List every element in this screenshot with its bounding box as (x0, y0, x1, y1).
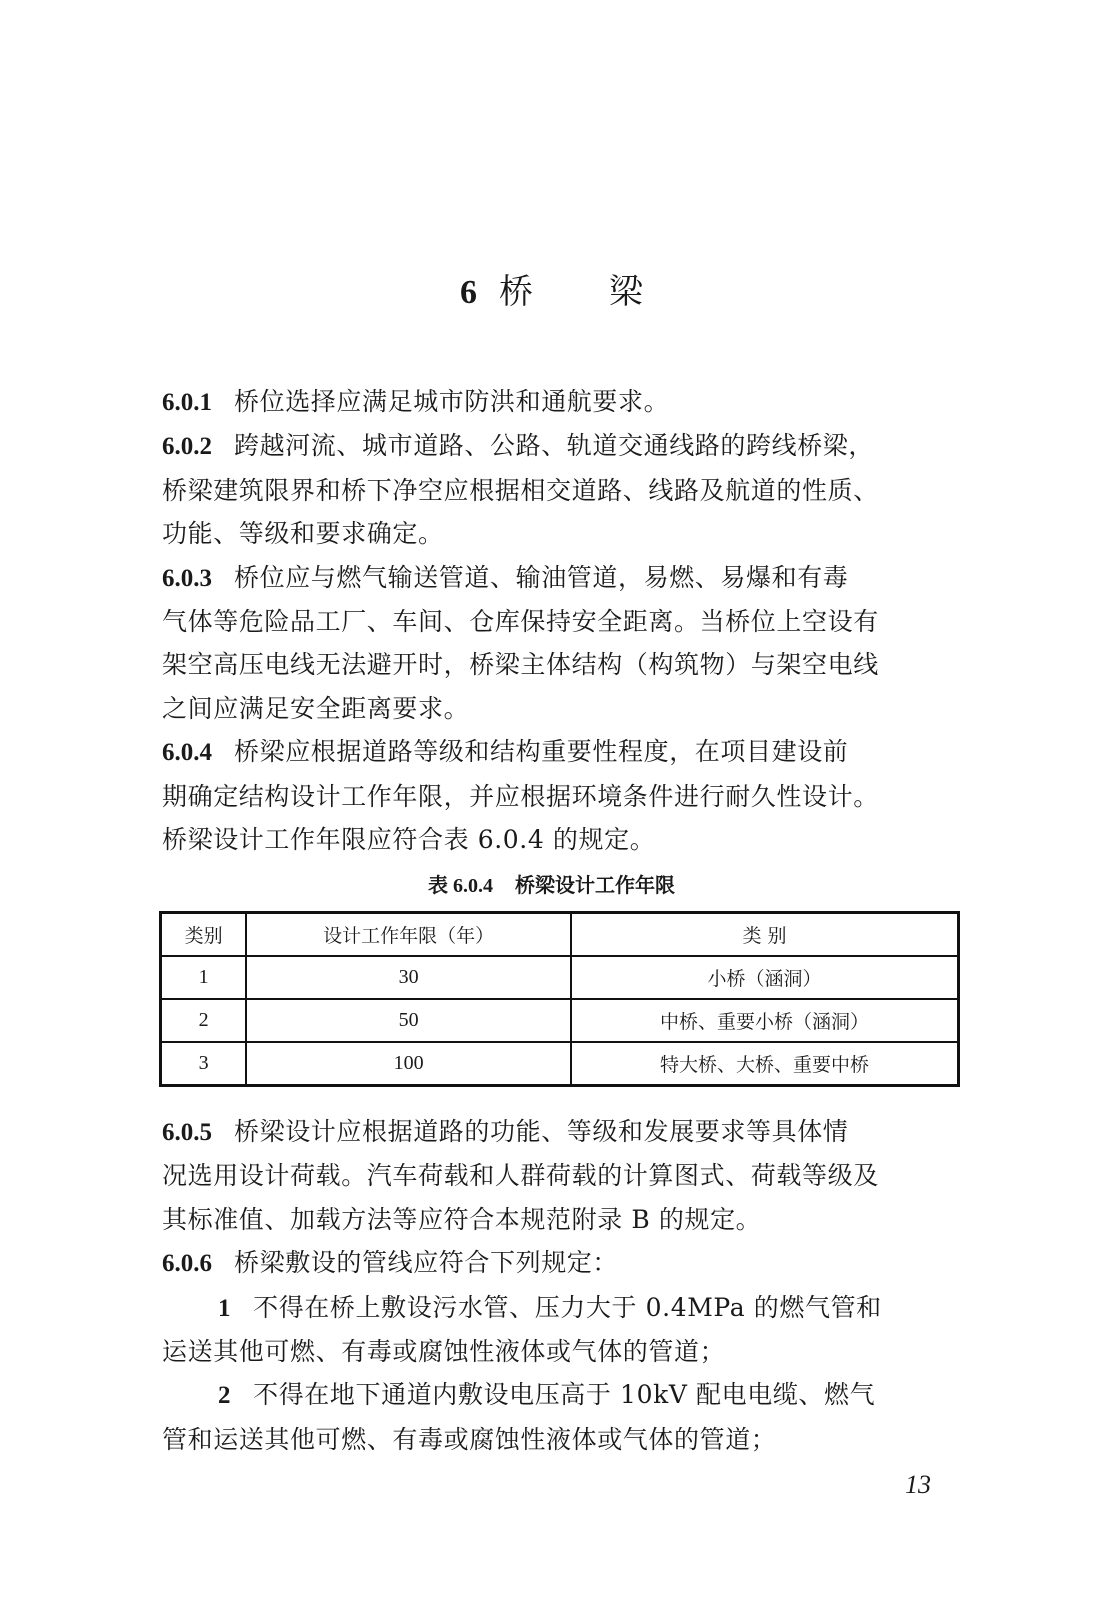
table-header-cell: 类 别 (571, 913, 958, 957)
table-caption: 表 6.0.4桥梁设计工作年限 (0, 870, 1103, 901)
clause-text: 桥梁应根据道路等级和结构重要性程度，在项目建设前 (234, 737, 848, 766)
clause-text: 气体等危险品工厂、车间、仓库保持安全距离。当桥位上空设有 (162, 607, 879, 636)
clauses-block-lower: 6.0.5桥梁设计应根据道路的功能、等级和发展要求等具体情 况选用设计荷载。汽车… (162, 1110, 962, 1461)
table-cell-design-life: 100 (246, 1042, 571, 1086)
clause-number: 6.0.6 (162, 1250, 212, 1277)
clause-text: 况选用设计荷载。汽车荷载和人群荷载的计算图式、荷载等级及 (162, 1161, 879, 1190)
chapter-title-char: 桥 (499, 274, 533, 311)
page-number: 13 (905, 1470, 931, 1500)
table-caption-title: 桥梁设计工作年限 (515, 873, 675, 897)
list-item-2: 2不得在地下通道内敷设电压高于 10kV 配电电缆、燃气 管和运送其他可燃、有毒… (162, 1373, 962, 1461)
table-cell-category: 2 (161, 999, 247, 1042)
clause-6-0-6: 6.0.6桥梁敷设的管线应符合下列规定： (162, 1241, 962, 1285)
item-text: 运送其他可燃、有毒或腐蚀性液体或气体的管道； (162, 1337, 725, 1366)
item-number: 1 (218, 1295, 231, 1322)
table-cell-category: 3 (161, 1042, 247, 1086)
table-cell-bridge-type: 中桥、重要小桥（涵洞） (571, 999, 958, 1042)
table-header-cell: 类别 (161, 913, 247, 957)
table-header-row: 类别 设计工作年限（年） 类 别 (161, 913, 959, 957)
table-row: 1 30 小桥（涵洞） (161, 956, 959, 999)
clause-text: 其标准值、加载方法等应符合本规范附录 B 的规定。 (162, 1205, 761, 1234)
clauses-block-upper: 6.0.1桥位选择应满足城市防洪和通航要求。 6.0.2跨越河流、城市道路、公路… (162, 380, 962, 861)
table-cell-design-life: 30 (246, 956, 571, 999)
item-number: 2 (218, 1382, 231, 1409)
clause-6-0-2: 6.0.2跨越河流、城市道路、公路、轨道交通线路的跨线桥梁， 桥梁建筑限界和桥下… (162, 424, 962, 555)
table-cell-design-life: 50 (246, 999, 571, 1042)
clause-text: 桥位选择应满足城市防洪和通航要求。 (234, 387, 669, 416)
item-text: 管和运送其他可燃、有毒或腐蚀性液体或气体的管道； (162, 1425, 776, 1454)
clause-number: 6.0.2 (162, 433, 212, 460)
chapter-title-char: 梁 (609, 274, 643, 311)
clause-text: 期确定结构设计工作年限，并应根据环境条件进行耐久性设计。 (162, 782, 879, 811)
item-text: 不得在桥上敷设污水管、压力大于 0.4MPa 的燃气管和 (253, 1293, 882, 1322)
chapter-number: 6 (460, 274, 477, 311)
table-cell-bridge-type: 小桥（涵洞） (571, 956, 958, 999)
table-row: 2 50 中桥、重要小桥（涵洞） (161, 999, 959, 1042)
clause-6-0-3: 6.0.3桥位应与燃气输送管道、输油管道，易燃、易爆和有毒 气体等危险品工厂、车… (162, 556, 962, 731)
clause-text: 桥位应与燃气输送管道、输油管道，易燃、易爆和有毒 (234, 563, 848, 592)
clause-number: 6.0.1 (162, 389, 212, 416)
clause-number: 6.0.5 (162, 1119, 212, 1146)
list-item-1: 1不得在桥上敷设污水管、压力大于 0.4MPa 的燃气管和 运送其他可燃、有毒或… (162, 1286, 962, 1374)
clause-text: 架空高压电线无法避开时，桥梁主体结构（构筑物）与架空电线 (162, 650, 879, 679)
table-cell-category: 1 (161, 956, 247, 999)
table-cell-bridge-type: 特大桥、大桥、重要中桥 (571, 1042, 958, 1086)
clause-text: 跨越河流、城市道路、公路、轨道交通线路的跨线桥梁， (234, 431, 874, 460)
table-header-cell: 设计工作年限（年） (246, 913, 571, 957)
clause-6-0-1: 6.0.1桥位选择应满足城市防洪和通航要求。 (162, 380, 962, 424)
item-text: 不得在地下通道内敷设电压高于 10kV 配电电缆、燃气 (253, 1380, 875, 1409)
clause-text: 桥梁敷设的管线应符合下列规定： (234, 1248, 618, 1277)
clause-number: 6.0.3 (162, 565, 212, 592)
clause-6-0-4: 6.0.4桥梁应根据道路等级和结构重要性程度，在项目建设前 期确定结构设计工作年… (162, 730, 962, 861)
design-life-table: 类别 设计工作年限（年） 类 别 1 30 小桥（涵洞） 2 50 中桥、重要小… (159, 911, 960, 1087)
clause-6-0-5: 6.0.5桥梁设计应根据道路的功能、等级和发展要求等具体情 况选用设计荷载。汽车… (162, 1110, 962, 1241)
clause-text: 桥梁设计应根据道路的功能、等级和发展要求等具体情 (234, 1117, 848, 1146)
clause-text: 桥梁设计工作年限应符合表 6.0.4 的规定。 (162, 825, 655, 854)
chapter-title: 6桥梁 (0, 268, 1103, 318)
clause-number: 6.0.4 (162, 739, 212, 766)
clause-text: 功能、等级和要求确定。 (162, 519, 444, 548)
table-caption-number: 表 6.0.4 (428, 875, 493, 897)
clause-text: 之间应满足安全距离要求。 (162, 694, 469, 723)
table-row: 3 100 特大桥、大桥、重要中桥 (161, 1042, 959, 1086)
clause-text: 桥梁建筑限界和桥下净空应根据相交道路、线路及航道的性质、 (162, 476, 879, 505)
